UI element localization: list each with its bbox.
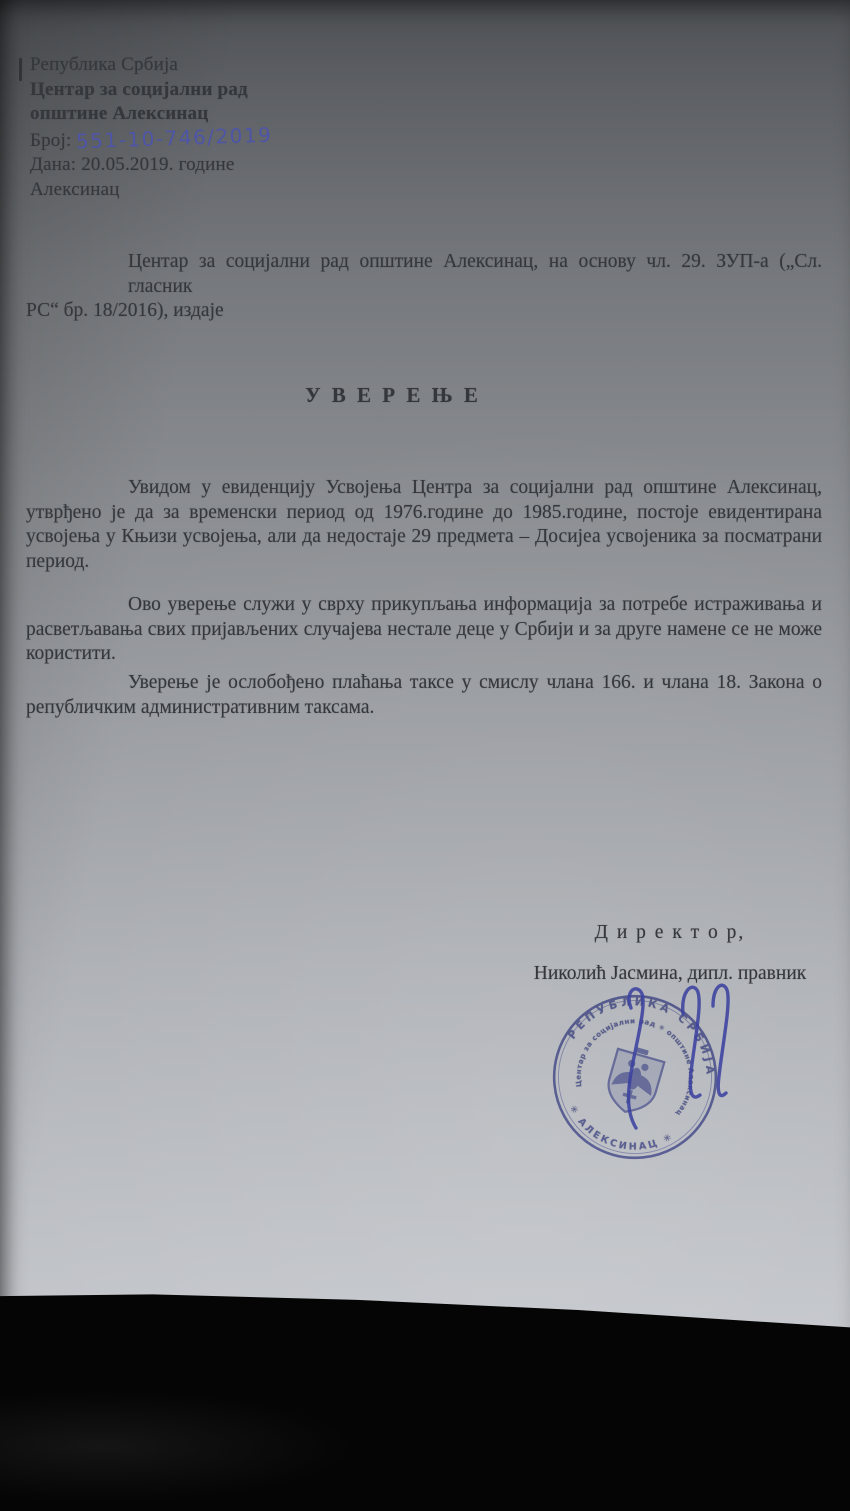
document-paper: Република Србија Центар за социјални рад… <box>0 0 850 1511</box>
fold-mark <box>19 58 22 81</box>
letterhead: Република Србија Центар за социјални рад… <box>30 53 273 202</box>
text-line: републичким административним таксама. <box>26 696 822 721</box>
text-line: Центар за социјални рад општине Алексина… <box>26 250 822 299</box>
paragraph-2: Ово уверење служи у сврху прикупљања инф… <box>26 593 822 667</box>
text-line: користити. <box>26 642 822 667</box>
intro-paragraph: Центар за социјални рад општине Алексина… <box>26 250 822 324</box>
letterhead-country: Република Србија <box>30 53 273 78</box>
text-line: расветљавања свих пријављених случајева … <box>26 618 822 643</box>
letterhead-number: Број: 551-10-746/2019 <box>30 127 273 154</box>
director-label: Д и р е к т о р, <box>470 922 850 944</box>
text-line: Увидом у евиденцију Усвојења Центра за с… <box>26 476 822 501</box>
case-number-label: Број: <box>30 130 71 151</box>
letterhead-date: Дана: 20.05.2019. године <box>30 153 273 178</box>
text-line: период. <box>26 550 822 575</box>
paragraph-3: Уверење је ослобођено плаћања таксе у см… <box>26 671 822 720</box>
signature <box>595 978 735 1140</box>
document-photo: Република Србија Центар за социјални рад… <box>0 0 850 1511</box>
date-label: Дана: <box>30 154 76 175</box>
text-line: Ово уверење служи у сврху прикупљања инф… <box>26 593 822 618</box>
text-line: утврђено је да за временски период од 19… <box>26 501 822 526</box>
case-number-handwritten: 551-10-746/2019 <box>76 122 273 153</box>
text-line: усвојења у Књизи усвојења, али да недост… <box>26 525 822 550</box>
text-line: РС“ бр. 18/2016), издаје <box>26 299 822 324</box>
paragraph-1: Увидом у евиденцију Усвојења Центра за с… <box>26 476 822 574</box>
letterhead-place: Алексинац <box>30 178 273 203</box>
text-line: Уверење је ослобођено плаћања таксе у см… <box>26 671 822 696</box>
document-title: У В Е Р Е Њ Е <box>0 383 818 408</box>
date-value: 20.05.2019. године <box>81 154 234 175</box>
letterhead-org-line1: Центар за социјални рад <box>30 78 273 103</box>
